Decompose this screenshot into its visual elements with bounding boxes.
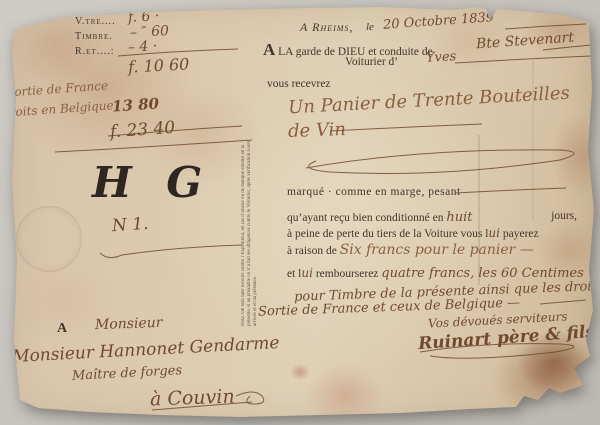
cond4-handwritten2: quatre francs, les 60 Centimes [381,266,584,281]
aged-paper-sheet: V.tre.... f. 6 · Timbre. – ″ 60 R.et....… [0,0,600,425]
fee-label-timbre: Timbre. [75,31,113,42]
cond4a-printed: et l [287,268,301,280]
printed-voiturier: Voiturier d’ [345,56,398,68]
date-handwritten: 20 Octobre 1839 [383,10,495,33]
printed-address-A: A [57,321,67,337]
address-name: Monsieur Hannonet Gendarme [12,333,280,367]
fee-total: f. 23 40 [109,118,175,142]
package-number: N 1. [111,214,149,236]
fee-note-sortie: Sortie de France [6,78,109,99]
address-title: Maître de forges [72,363,183,384]
fee-note-belgique: droits en Belgique [2,98,114,120]
fee-subtotal: f. 10 60 [128,54,190,76]
fee-label-voiture: V.tre.... [75,16,116,27]
cond4b-printed: rembourserez [316,268,379,280]
merchant-mark-initials: H G [92,158,212,207]
cond4-handwritten: ui [301,266,313,280]
embossed-seal [16,206,82,272]
condition-line1: qu’ayant reçu bien conditionné en huit j… [287,210,577,225]
cond2-handwritten: ui [488,226,500,240]
condition-line3: à raison de Six francs pour le panier — [287,242,534,258]
cond1a-printed: qu’ayant reçu bien conditionné en [287,212,443,224]
cond1-handwritten: huit [446,210,472,225]
paper-shadow: V.tre.... f. 6 · Timbre. – ″ 60 R.et....… [0,0,600,425]
printed-le: le [366,21,374,33]
nota-clause-vertical: Nota. On sera sans recours contre l’Expé… [241,128,265,326]
cond2b-printed: payerez [503,228,539,240]
fee-note-value: 13 80 [111,94,159,115]
address-monsieur: Monsieur [95,315,163,333]
cond3a-printed: à raison de [287,245,337,257]
condition-line2: à peine de perte du tiers de la Voiture … [287,226,539,240]
address-city: à Couvin [150,386,235,411]
fee-label-recu: R.et....: [75,46,115,57]
cond2a-printed: à peine de perte du tiers de la Voiture … [287,228,488,240]
goods-line2: de Vin [288,119,347,142]
carrier-name: Bte Stevenart [476,30,575,53]
cond3-handwritten: Six francs pour le panier — [340,242,534,258]
printed-place: A Rheims, [300,20,353,35]
voiturier-place: Yves [426,49,457,66]
cond1b-printed: jours, [551,210,577,222]
photo-of-document: V.tre.... f. 6 · Timbre. – ″ 60 R.et....… [0,0,600,425]
fee-value-recu: – 4 · [128,38,158,56]
printed-marque: marqué · comme en marge, pesant [287,186,461,198]
condition-line4: et lui rembourserez quatre francs, les 6… [287,266,584,281]
printed-vous-recevrez: vous recevrez [267,78,331,90]
